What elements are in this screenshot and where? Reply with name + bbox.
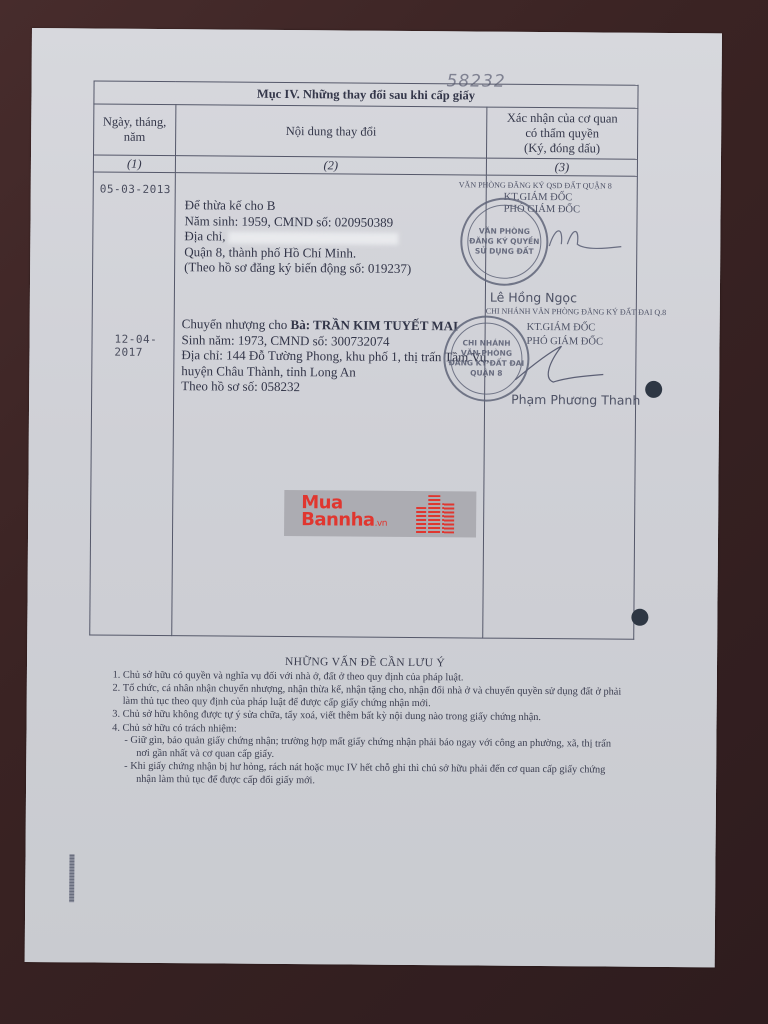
note-item: Chủ sở hữu có trách nhiệm: Giữ gìn, bảo … <box>122 722 624 789</box>
signer-name: Lê Hồng Ngọc <box>490 290 577 306</box>
watermark-text: Mua Bannha.vn <box>301 494 387 533</box>
note-subitem: Giữ gìn, bảo quản giấy chứng nhận; trườn… <box>136 735 624 764</box>
entry-content: Để thừa kế cho B Năm sinh: 1959, CMND số… <box>184 197 412 276</box>
entry-date: 12-04-2017 <box>114 333 173 359</box>
note-item: Tổ chức, cá nhân nhận chuyển nhượng, nhậ… <box>123 683 625 712</box>
certifier-role: KT.GIÁM ĐỐC <box>527 322 596 335</box>
date-column: 05-03-2013 12-04-2017 <box>90 172 175 636</box>
signer-name: Phạm Phương Thanh <box>511 392 640 408</box>
note-subitems: Giữ gìn, bảo quản giấy chứng nhận; trườn… <box>122 735 624 790</box>
col-index-3: (3) <box>486 158 637 176</box>
official-stamp: VĂN PHÒNG ĐĂNG KÝ QUYỀN SỬ DỤNG ĐẤT <box>460 197 549 286</box>
notes-title: NHỮNG VẤN ĐỀ CẦN LƯU Ý <box>105 655 625 672</box>
col-header-certification: Xác nhận của cơ quancó thẩm quyền(Ký, đó… <box>486 107 637 159</box>
col-header-content: Nội dung thay đổi <box>175 105 487 158</box>
punch-hole <box>631 609 648 626</box>
col-header-date: Ngày, tháng,năm <box>94 104 176 156</box>
signature-mark <box>545 218 625 259</box>
certificate-page: 58232 Mục IV. Những thay đổi sau khi cấp… <box>25 28 722 967</box>
building-icon <box>416 495 454 533</box>
notes-list: Chủ sở hữu có quyền và nghĩa vụ đối với … <box>104 669 625 790</box>
watermark-logo: Mua Bannha.vn <box>284 490 476 538</box>
notes-section: NHỮNG VẤN ĐỀ CẦN LƯU Ý Chủ sở hữu có quy… <box>104 655 625 791</box>
note-subitem: Khi giấy chứng nhận bị hư hỏng, rách nát… <box>136 761 624 790</box>
entry-date: 05-03-2013 <box>100 183 171 197</box>
edge-barcode <box>69 854 74 902</box>
punch-hole <box>645 381 662 398</box>
certifying-office: VĂN PHÒNG ĐĂNG KÝ QSD ĐẤT QUẬN 8 <box>459 179 612 192</box>
col-index-1: (1) <box>93 155 175 173</box>
certifying-office: CHI NHÁNH VĂN PHÒNG ĐĂNG KÝ ĐẤT ĐAI Q.8 <box>486 306 666 319</box>
signature-mark <box>509 338 609 389</box>
